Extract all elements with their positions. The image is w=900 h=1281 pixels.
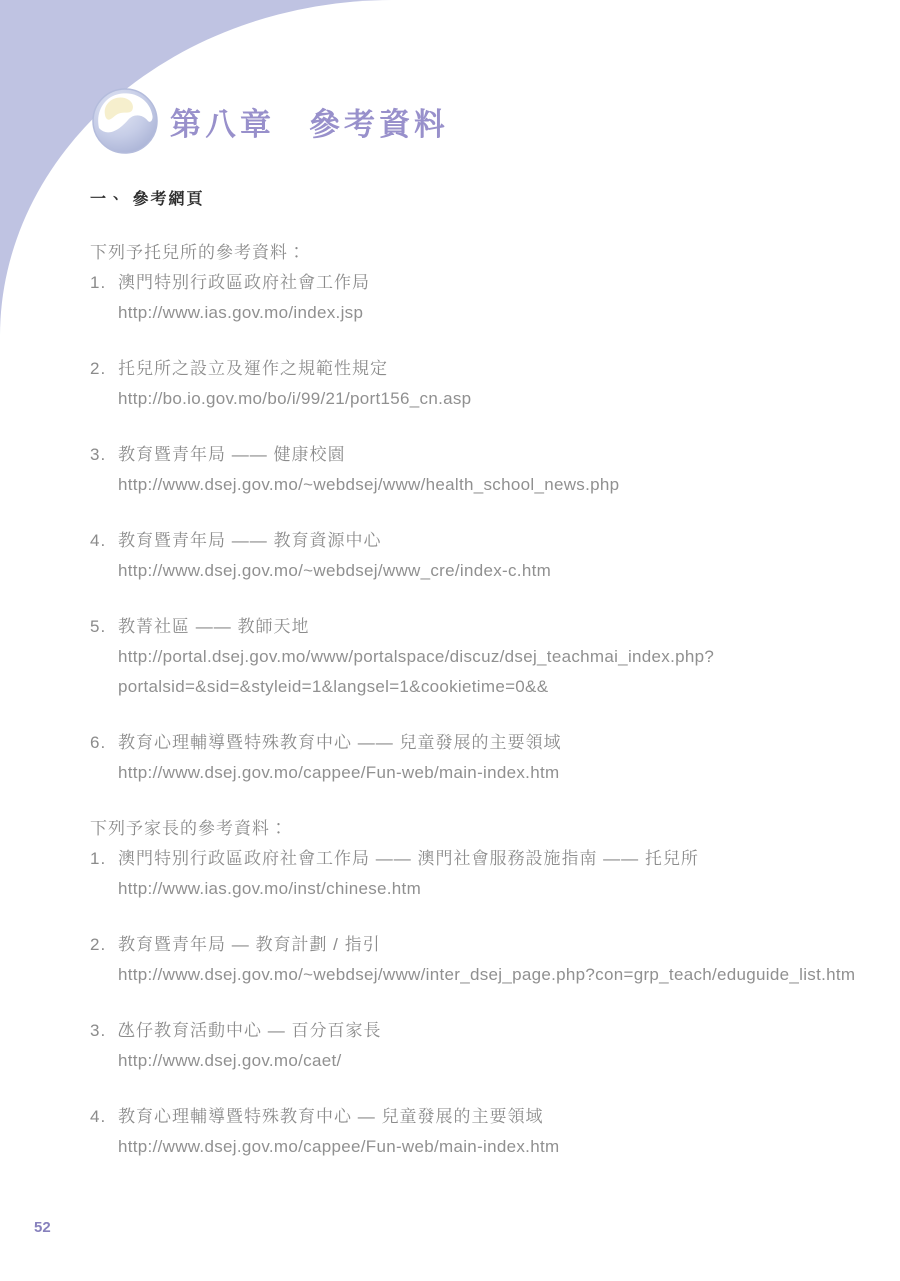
item-url: http://www.dsej.gov.mo/caet/ (90, 1046, 870, 1076)
item-title: 澳門特別行政區政府社會工作局 (118, 268, 870, 298)
item-url: http://www.dsej.gov.mo/cappee/Fun-web/ma… (90, 758, 870, 788)
reference-group-nurseries: 下列予托兒所的參考資料： 1. 澳門特別行政區政府社會工作局 http://ww… (90, 238, 870, 788)
group-intro: 下列予托兒所的參考資料： (90, 238, 870, 268)
item-title: 教育暨青年局 —— 健康校園 (118, 440, 870, 470)
item-number: 1. (90, 268, 118, 298)
item-title: 教育暨青年局 —— 教育資源中心 (118, 526, 870, 556)
item-url: http://www.ias.gov.mo/index.jsp (90, 298, 870, 328)
item-number: 1. (90, 844, 118, 874)
item-url: http://bo.io.gov.mo/bo/i/99/21/port156_c… (90, 384, 870, 414)
chapter-header: 第八章參考資料 (92, 88, 449, 154)
document-page: 第八章參考資料 一、 參考網頁 下列予托兒所的參考資料： 1. 澳門特別行政區政… (0, 0, 900, 1281)
item-title: 教菁社區 —— 教師天地 (118, 612, 870, 642)
group-intro: 下列予家長的參考資料： (90, 814, 870, 844)
chapter-title: 第八章參考資料 (170, 99, 449, 144)
list-item: 4. 教育暨青年局 —— 教育資源中心 http://www.dsej.gov.… (90, 526, 870, 586)
sphere-swirl-icon (92, 88, 158, 154)
section-heading: 一、 參考網頁 (90, 186, 204, 209)
item-number: 5. (90, 612, 118, 642)
chapter-title-text: 參考資料 (309, 107, 449, 142)
list-item: 2. 托兒所之設立及運作之規範性規定 http://bo.io.gov.mo/b… (90, 354, 870, 414)
item-url: portalsid=&sid=&styleid=1&langsel=1&cook… (90, 672, 870, 702)
item-url: http://www.dsej.gov.mo/~webdsej/www/heal… (90, 470, 870, 500)
item-url: http://www.ias.gov.mo/inst/chinese.htm (90, 874, 870, 904)
list-item: 1. 澳門特別行政區政府社會工作局 —— 澳門社會服務設施指南 —— 托兒所 h… (90, 844, 870, 904)
item-url: http://www.dsej.gov.mo/~webdsej/www/inte… (90, 960, 870, 990)
item-number: 4. (90, 526, 118, 556)
item-title: 澳門特別行政區政府社會工作局 —— 澳門社會服務設施指南 —— 托兒所 (118, 844, 870, 874)
item-url: http://www.dsej.gov.mo/~webdsej/www_cre/… (90, 556, 870, 586)
list-item: 1. 澳門特別行政區政府社會工作局 http://www.ias.gov.mo/… (90, 268, 870, 328)
item-number: 3. (90, 440, 118, 470)
item-number: 2. (90, 354, 118, 384)
list-item: 6. 教育心理輔導暨特殊教育中心 —— 兒童發展的主要領域 http://www… (90, 728, 870, 788)
item-title: 教育心理輔導暨特殊教育中心 — 兒童發展的主要領域 (118, 1102, 870, 1132)
item-url: http://portal.dsej.gov.mo/www/portalspac… (90, 642, 870, 672)
list-item: 5. 教菁社區 —— 教師天地 http://portal.dsej.gov.m… (90, 612, 870, 702)
reference-content: 下列予托兒所的參考資料： 1. 澳門特別行政區政府社會工作局 http://ww… (90, 238, 870, 1162)
item-title: 托兒所之設立及運作之規範性規定 (118, 354, 870, 384)
page-number: 52 (34, 1219, 51, 1236)
chapter-number: 第八章 (170, 107, 275, 142)
item-number: 6. (90, 728, 118, 758)
list-item: 3. 教育暨青年局 —— 健康校園 http://www.dsej.gov.mo… (90, 440, 870, 500)
item-number: 4. (90, 1102, 118, 1132)
list-item: 3. 氹仔教育活動中心 — 百分百家長 http://www.dsej.gov.… (90, 1016, 870, 1076)
reference-group-parents: 下列予家長的參考資料： 1. 澳門特別行政區政府社會工作局 —— 澳門社會服務設… (90, 814, 870, 1162)
list-item: 2. 教育暨青年局 — 教育計劃 / 指引 http://www.dsej.go… (90, 930, 870, 990)
item-title: 教育暨青年局 — 教育計劃 / 指引 (118, 930, 870, 960)
item-url: http://www.dsej.gov.mo/cappee/Fun-web/ma… (90, 1132, 870, 1162)
list-item: 4. 教育心理輔導暨特殊教育中心 — 兒童發展的主要領域 http://www.… (90, 1102, 870, 1162)
item-title: 氹仔教育活動中心 — 百分百家長 (118, 1016, 870, 1046)
item-number: 3. (90, 1016, 118, 1046)
item-title: 教育心理輔導暨特殊教育中心 —— 兒童發展的主要領域 (118, 728, 870, 758)
item-number: 2. (90, 930, 118, 960)
